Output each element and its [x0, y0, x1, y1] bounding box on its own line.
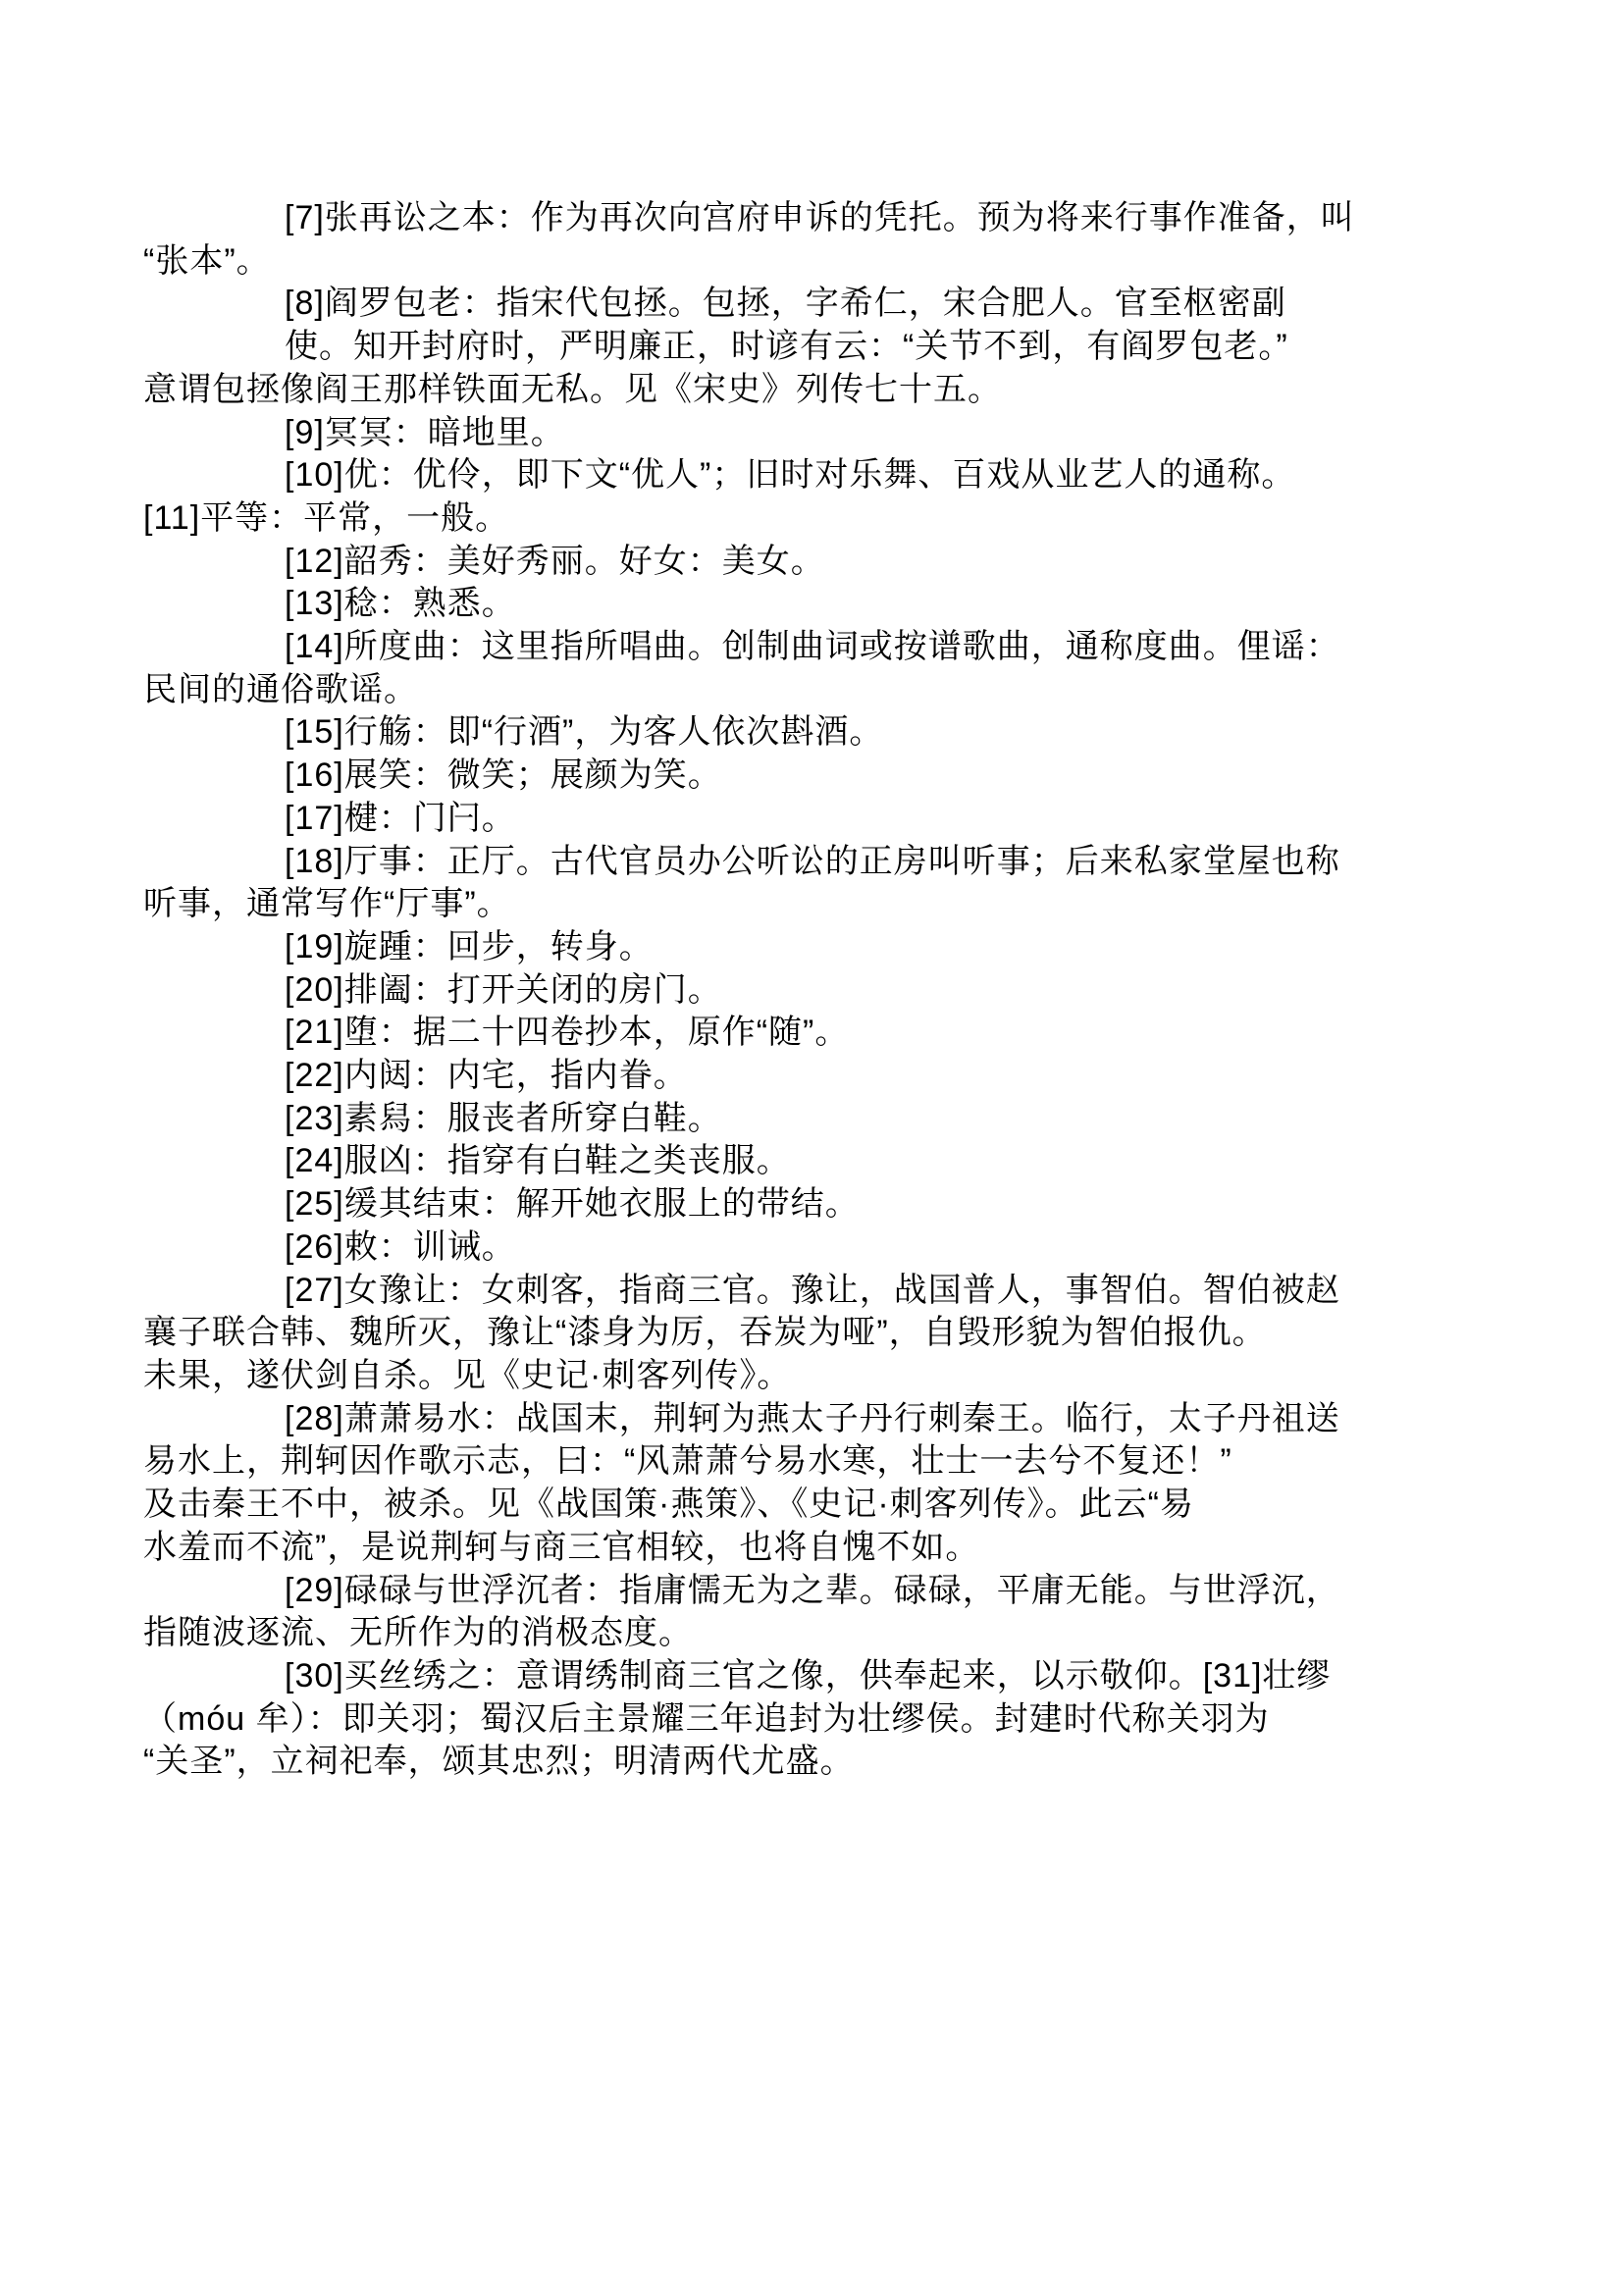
annotation-line: [27]女豫让：女刺客，指商三官。豫让，战国普人，事智伯。智伯被赵: [143, 1270, 1370, 1313]
annotation-line: [19]旋踵：回步，转身。: [143, 926, 1370, 969]
annotation-line: 使。知开封府时，严明廉正，时谚有云：“关节不到，有阎罗包老。”: [143, 326, 1370, 369]
annotation-line: [17]楗：门闩。: [143, 798, 1370, 841]
annotation-line: [23]素舄：服丧者所穿白鞋。: [143, 1098, 1370, 1141]
annotation-line: 意谓包拯像阎王那样铁面无私。见《宋史》列传七十五。: [143, 369, 1370, 412]
annotation-line: [8]阎罗包老：指宋代包拯。包拯，字希仁，宋合肥人。官至枢密副: [143, 283, 1370, 326]
annotation-line: [30]买丝绣之：意谓绣制商三官之像，供奉起来，以示敬仰。[31]壮缪: [143, 1655, 1370, 1698]
annotation-line: （móu 牟）：即关羽；蜀汉后主景耀三年追封为壮缪侯。封建时代称关羽为: [143, 1698, 1370, 1742]
annotation-line: [11]平等：平常，一般。: [143, 497, 1370, 541]
annotation-line: 听事，通常写作“厅事”。: [143, 883, 1370, 926]
annotation-lines: [7]张再讼之本：作为再次向宫府申诉的凭托。预为将来行事作准备，叫“张本”。[8…: [143, 197, 1370, 1784]
annotation-line: 指随波逐流、无所作为的消极态度。: [143, 1612, 1370, 1655]
annotation-line: [12]韶秀：美好秀丽。好女：美女。: [143, 541, 1370, 584]
annotation-line: 民间的通俗歌谣。: [143, 669, 1370, 712]
annotation-line: [16]展笑：微笑；展颜为笑。: [143, 755, 1370, 798]
annotation-line: [22]内闼：内宅，指内眷。: [143, 1055, 1370, 1098]
annotation-line: [14]所度曲：这里指所唱曲。创制曲词或按谱歌曲，通称度曲。俚谣：: [143, 626, 1370, 669]
annotation-line: [18]厅事：正厅。古代官员办公听讼的正房叫听事；后来私家堂屋也称: [143, 841, 1370, 884]
annotation-line: 易水上，荆轲因作歌示志，曰：“风萧萧兮易水寒，壮士一去兮不复还！”: [143, 1440, 1370, 1484]
annotation-line: [20]排阖：打开关闭的房门。: [143, 969, 1370, 1013]
annotation-line: [26]敕：训诫。: [143, 1226, 1370, 1270]
annotation-line: “张本”。: [143, 240, 1370, 284]
annotation-line: [29]碌碌与世浮沉者：指庸懦无为之辈。碌碌，平庸无能。与世浮沉，: [143, 1570, 1370, 1613]
annotation-line: 及击秦王不中，被杀。见《战国策·燕策》、《史记·刺客列传》。此云“易: [143, 1484, 1370, 1527]
annotation-line: 未果，遂伏剑自杀。见《史记·刺客列传》。: [143, 1355, 1370, 1398]
annotation-line: [10]优：优伶，即下文“优人”；旧时对乐舞、百戏从业艺人的通称。: [143, 454, 1370, 497]
annotation-line: [25]缓其结束：解开她衣服上的带结。: [143, 1183, 1370, 1226]
annotation-line: 水羞而不流”，是说荆轲与商三官相较，也将自愧不如。: [143, 1527, 1370, 1570]
annotation-line: [9]冥冥：暗地里。: [143, 412, 1370, 455]
annotation-line: 襄子联合韩、魏所灭，豫让“漆身为厉，吞炭为哑”，自毁形貌为智伯报仇。: [143, 1312, 1370, 1355]
annotation-line: [7]张再讼之本：作为再次向宫府申诉的凭托。预为将来行事作准备，叫: [143, 197, 1370, 240]
annotation-line: [28]萧萧易水：战国末，荆轲为燕太子丹行刺秦王。临行，太子丹祖送: [143, 1398, 1370, 1441]
annotation-line: [21]堕：据二十四卷抄本，原作“随”。: [143, 1012, 1370, 1055]
annotation-line: [13]稔：熟悉。: [143, 583, 1370, 626]
document-page: [7]张再讼之本：作为再次向宫府申诉的凭托。预为将来行事作准备，叫“张本”。[8…: [0, 0, 1624, 2294]
annotation-line: “关圣”，立祠祀奉，颂其忠烈；明清两代尤盛。: [143, 1741, 1370, 1784]
annotation-line: [15]行觞：即“行酒”，为客人依次斟酒。: [143, 711, 1370, 755]
annotation-line: [24]服凶：指穿有白鞋之类丧服。: [143, 1140, 1370, 1183]
